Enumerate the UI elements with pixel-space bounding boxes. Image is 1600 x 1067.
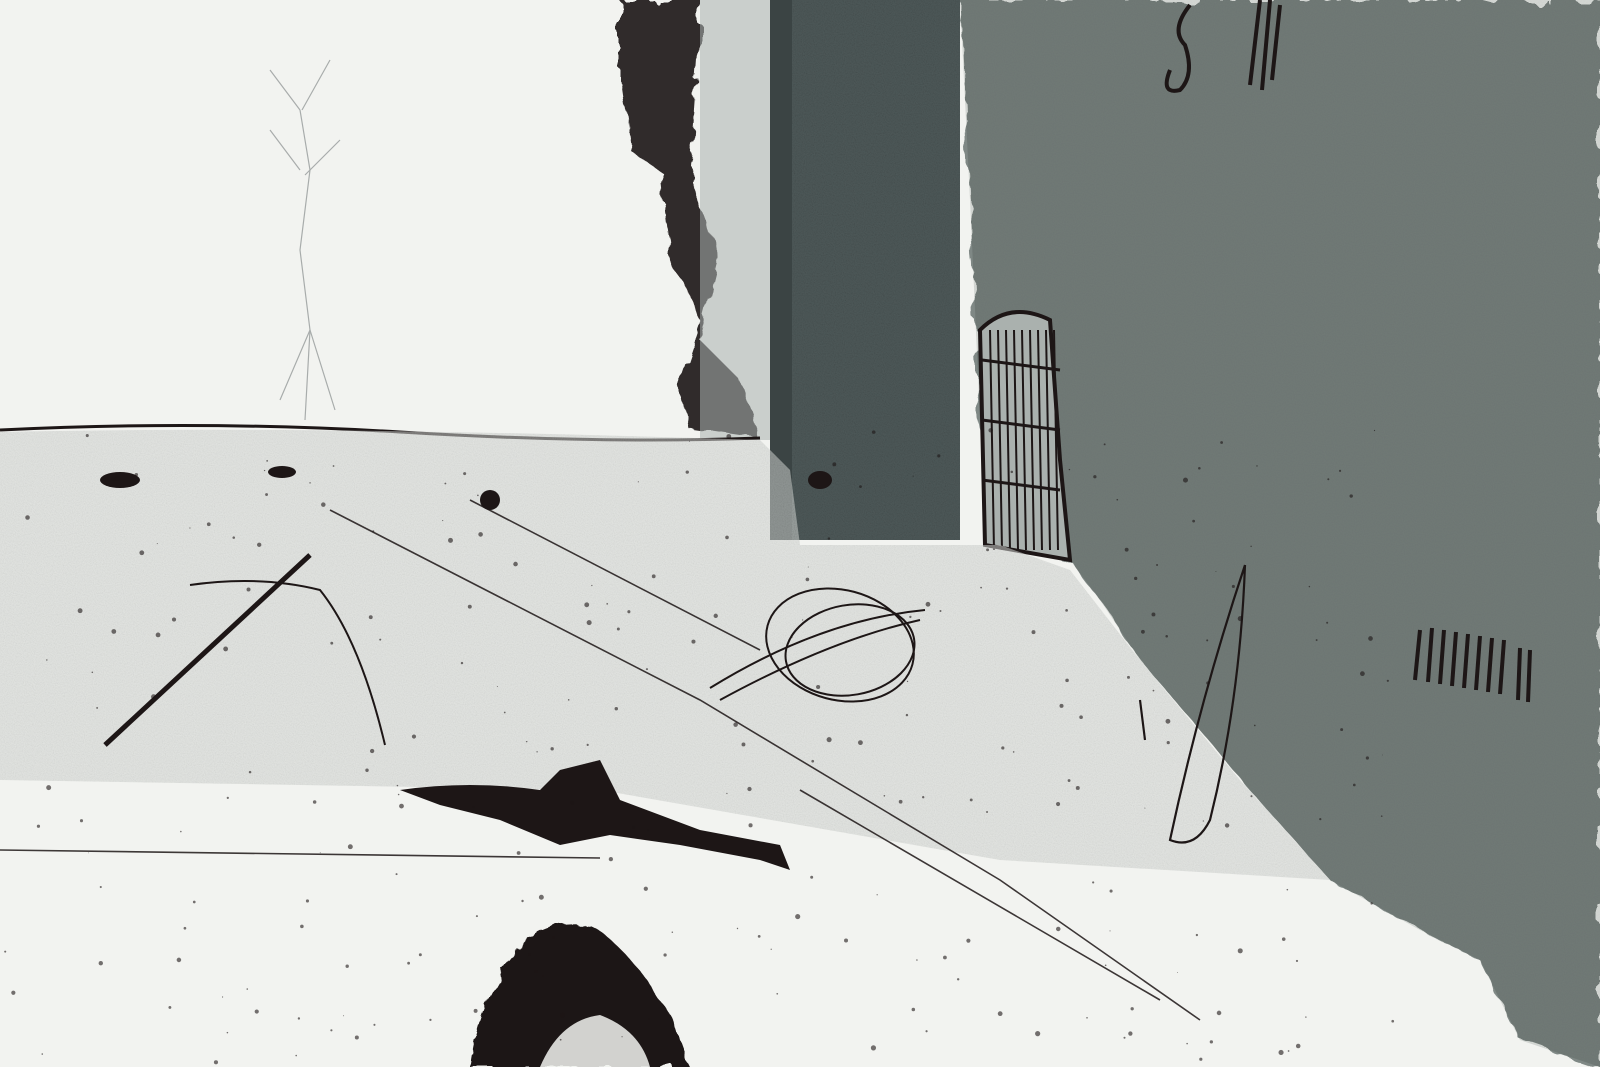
central-grey-pillar	[770, 0, 960, 540]
etching-artwork	[0, 0, 1600, 1067]
